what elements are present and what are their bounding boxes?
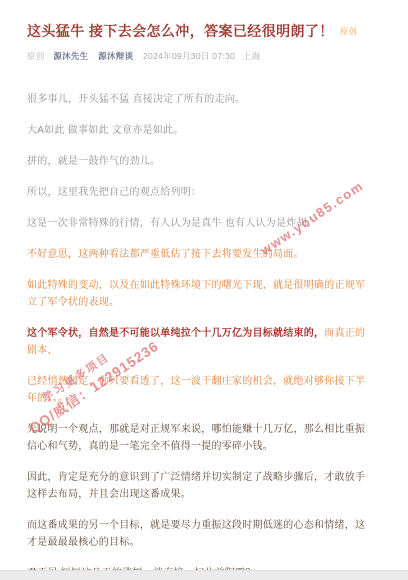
title-row: 这头猛牛 接下去会怎么冲，答案已经很明朗了！ 原创 (27, 22, 373, 41)
paragraph: 拼的，就是一鼓作气的劲儿。 (27, 153, 373, 170)
account-link[interactable]: 源沐辩谈 (98, 51, 133, 61)
paragraph: 而这番成果的另一个目标，就是要尽力重振这段时期低迷的心态和情绪，这才是最最最核心… (27, 517, 373, 551)
paragraph: 不好意思，这两种看法都严重低估了接下去将要发生的局面。 (27, 246, 373, 263)
paragraph: 所以，这里我先把自己的观点给列明： (27, 184, 373, 201)
article-body: 很多事儿，开头猛不猛 直接决定了所有的走向。 大A如此 做事如此 文章亦是如此。… (27, 91, 373, 580)
paragraph: 如此特殊的变动，以及在如此特殊环境下的曙光下现，就是很明确的正规军立了军令状的表… (27, 277, 373, 311)
paragraph: 大A如此 做事如此 文章亦是如此。 (27, 122, 373, 139)
article-meta: 原创 源沐先生 源沐辩谈 2024年09月30日 07:30 上海 (27, 50, 373, 62)
paragraph: 很多事儿，开头猛不猛 直接决定了所有的走向。 (27, 91, 373, 108)
meta-original-label: 原创 (27, 51, 45, 61)
paragraph: 这是一次非常特殊的行情，有人认为是真牛 也有人认为是炸胡。 (27, 215, 373, 232)
paragraph: 已经悄然制定，你只要看透了，这一波干翻庄家的机会，就绝对够你接下半年的。。。 (27, 373, 373, 407)
article-page: 这头猛牛 接下去会怎么冲，答案已经很明朗了！ 原创 原创 源沐先生 源沐辩谈 2… (0, 0, 408, 580)
publish-datetime: 2024年09月30日 07:30 (143, 51, 235, 61)
paragraph: 因此，肯定是充分的意识到了广泛情绪并切实制定了战略步骤后，才敢放手这样去布局，并… (27, 469, 373, 503)
paragraph: 这个军令状，自然是不可能以单纯拉个十几万亿为目标就结束的，而真正的剧本， (27, 325, 373, 359)
author-link[interactable]: 源沐先生 (53, 51, 88, 61)
paragraph: 先说明一个观点，那就是对正规军来说，哪怕能赚十几万亿，那么相比重振信心和气势，真… (27, 421, 373, 455)
bottom-divider (0, 570, 408, 580)
publish-location: 上海 (243, 51, 261, 61)
paragraph-lead: 这个军令状，自然是不可能以单纯拉个十几万亿为目标就结束的， (27, 328, 324, 339)
article-title: 这头猛牛 接下去会怎么冲，答案已经很明朗了！ (27, 22, 334, 41)
original-badge: 原创 (340, 26, 358, 37)
article: 这头猛牛 接下去会怎么冲，答案已经很明朗了！ 原创 原创 源沐先生 源沐辩谈 2… (0, 0, 393, 580)
